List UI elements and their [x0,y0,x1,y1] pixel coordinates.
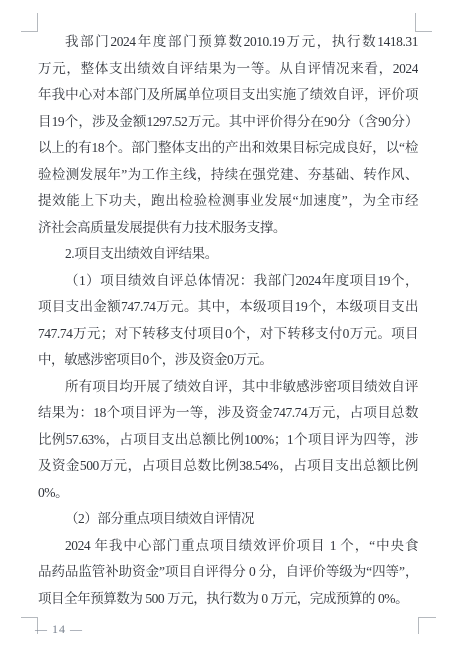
text-line: 万元，整体支出绩效自评结果为一等。从自评情况来看，2024 [38,56,418,83]
text-line: 所有项目均开展了绩效自评，其中非敏感涉密项目绩效自评 [38,374,418,401]
text-line: 及资金500万元，占项目总数比例38.54%，占项目支出总额比例 [38,453,418,480]
text-line: 项目支出金额747.74万元。其中，本级项目19个，本级项目支出 [38,294,418,321]
text-line: 比例57.63%，占项目支出总额比例100%；1个项目评为四等，涉 [38,427,418,454]
text-line: 2024 年我中心部门重点项目绩效评价项目 1 个，“中央食 [38,533,418,560]
text-line: 济社会高质量发展提供有力技术服务支撑。 [38,215,418,242]
text-line: （1）项目绩效自评总体情况：我部门2024年度项目19个， [38,268,418,295]
text-line: 提效能上下功夫，跑出检验检测事业发展“加速度”，为全市经 [38,188,418,215]
text-line: 747.74万元；对下转移支付项目0个，对下转移支付0万元。项目 [38,321,418,348]
text-line: 我部门2024年度部门预算数2010.19万元，执行数1418.31 [38,29,418,56]
text-line: 中，敏感涉密项目0个，涉及资金0万元。 [38,347,418,374]
text-line: 验检测发展年”为工作主线，持续在强党建、夯基础、转作风、 [38,162,418,189]
text-line: 项目全年预算数为 500 万元，执行数为 0 万元，完成预算的 0%。 [38,586,418,613]
text-line: 年我中心对本部门及所属单位项目支出实施了绩效自评，评价项 [38,82,418,109]
text-line: 品药品监管补助资金”项目自评得分 0 分，自评价等级为“四等”， [38,559,418,586]
text-line: （2）部分重点项目绩效自评情况 [38,506,418,533]
text-line: 以上的有18个。部门整体支出的产出和效果目标完成良好，以“检 [38,135,418,162]
document-page: 我部门2024年度部门预算数2010.19万元，执行数1418.31万元，整体支… [0,0,456,649]
text-line: 2.项目支出绩效自评结果。 [38,241,418,268]
text-line: 目19个，涉及金额1297.52万元。其中评价得分在90分（含90分） [38,109,418,136]
margin-mark-bottom-right-icon [418,617,436,634]
text-line: 结果为：18个项目评为一等，涉及资金747.74万元，占项目总数 [38,400,418,427]
document-body: 我部门2024年度部门预算数2010.19万元，执行数1418.31万元，整体支… [38,29,418,612]
text-line: 0%。 [38,480,418,507]
margin-mark-top-left-icon [21,13,38,32]
page-number: — 14 — [35,620,83,638]
